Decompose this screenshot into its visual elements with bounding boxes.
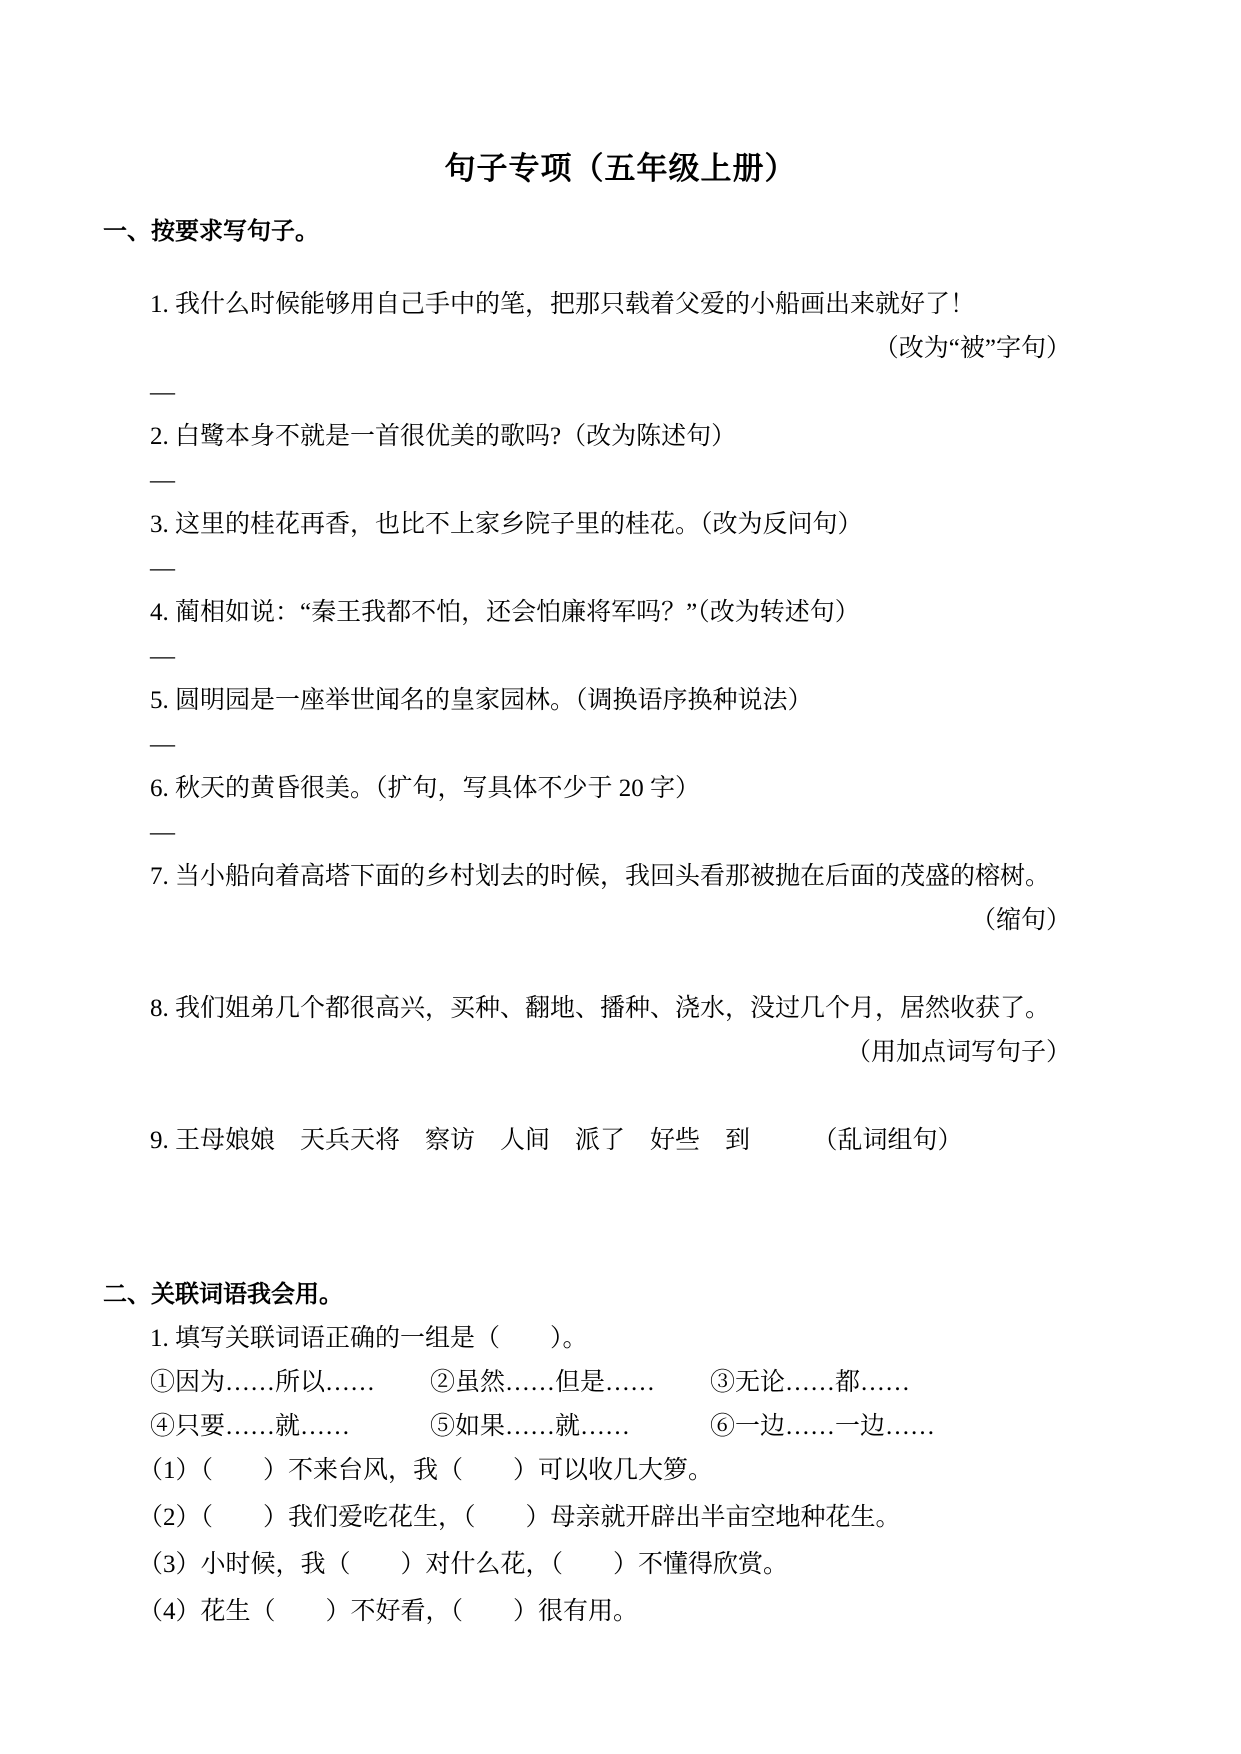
answer-blank-1: — [150, 377, 175, 409]
question-9: 9. 王母娘娘 天兵天将 察访 人间 派了 好些 到 （乱词组句） [150, 1125, 963, 1157]
question-4: 4. 蔺相如说：“秦王我都不怕，还会怕廉将军吗？”（改为转述句） [150, 597, 860, 629]
page-title: 句子专项（五年级上册） [0, 148, 1241, 190]
question-1-instruction: （改为“被”字句） [874, 333, 1071, 365]
question-5: 5. 圆明园是一座举世闻名的皇家园林。（调换语序换种说法） [150, 685, 813, 717]
question-8-text-end: 收获了。 [950, 995, 1050, 1022]
question-8-instruction: （用加点词写句子） [846, 1037, 1071, 1069]
option-2: ②虽然……但是…… [430, 1367, 655, 1399]
option-1: ①因为……所以…… [150, 1367, 375, 1399]
answer-blank-3: — [150, 553, 175, 585]
question-6: 6. 秋天的黄昏很美。（扩句，写具体不少于 20 字） [150, 773, 700, 805]
question-8-text-start: 8. 我们姐弟几个都很高兴，买种、翻地、播种、浇水，没过几个月， [150, 995, 900, 1022]
answer-blank-6: — [150, 817, 175, 849]
option-4: ④只要……就…… [150, 1411, 350, 1443]
answer-blank-4: — [150, 641, 175, 673]
option-5: ⑤如果……就…… [430, 1411, 630, 1443]
question-7: 7. 当小船向着高塔下面的乡村划去的时候，我回头看那被抛在后面的茂盛的榕树。 [150, 861, 1050, 893]
option-3: ③无论……都…… [710, 1367, 910, 1399]
question-1: 1. 我什么时候能够用自己手中的笔，把那只载着父爱的小船画出来就好了！ [150, 289, 975, 321]
question-8: 8. 我们姐弟几个都很高兴，买种、翻地、播种、浇水，没过几个月，居然收获了。 [150, 993, 1050, 1025]
section2-question-1: 1. 填写关联词语正确的一组是（ ）。 [150, 1323, 588, 1355]
fill-item-2: （2）（ ）我们爱吃花生，（ ）母亲就开辟出半亩空地种花生。 [138, 1502, 901, 1534]
answer-blank-5: — [150, 729, 175, 761]
section2-heading: 二、关联词语我会用。 [103, 1279, 343, 1311]
question-8-emphasized-word: 居然 [900, 995, 950, 1022]
fill-item-4: （4）花生（ ）不好看，（ ）很有用。 [138, 1596, 638, 1628]
worksheet-page: 句子专项（五年级上册） 一、按要求写句子。 1. 我什么时候能够用自己手中的笔，… [0, 0, 1241, 1754]
question-7-instruction: （缩句） [971, 905, 1071, 937]
fill-item-1: （1）（ ）不来台风，我（ ）可以收几大箩。 [138, 1455, 713, 1487]
answer-blank-2: — [150, 465, 175, 497]
question-3: 3. 这里的桂花再香，也比不上家乡院子里的桂花。（改为反问句） [150, 509, 863, 541]
question-2: 2. 白鹭本身不就是一首很优美的歌吗?（改为陈述句） [150, 421, 736, 453]
section1-heading: 一、按要求写句子。 [103, 216, 319, 248]
option-6: ⑥一边……一边…… [710, 1411, 935, 1443]
fill-item-3: （3）小时候，我（ ）对什么花，（ ）不懂得欣赏。 [138, 1549, 788, 1581]
